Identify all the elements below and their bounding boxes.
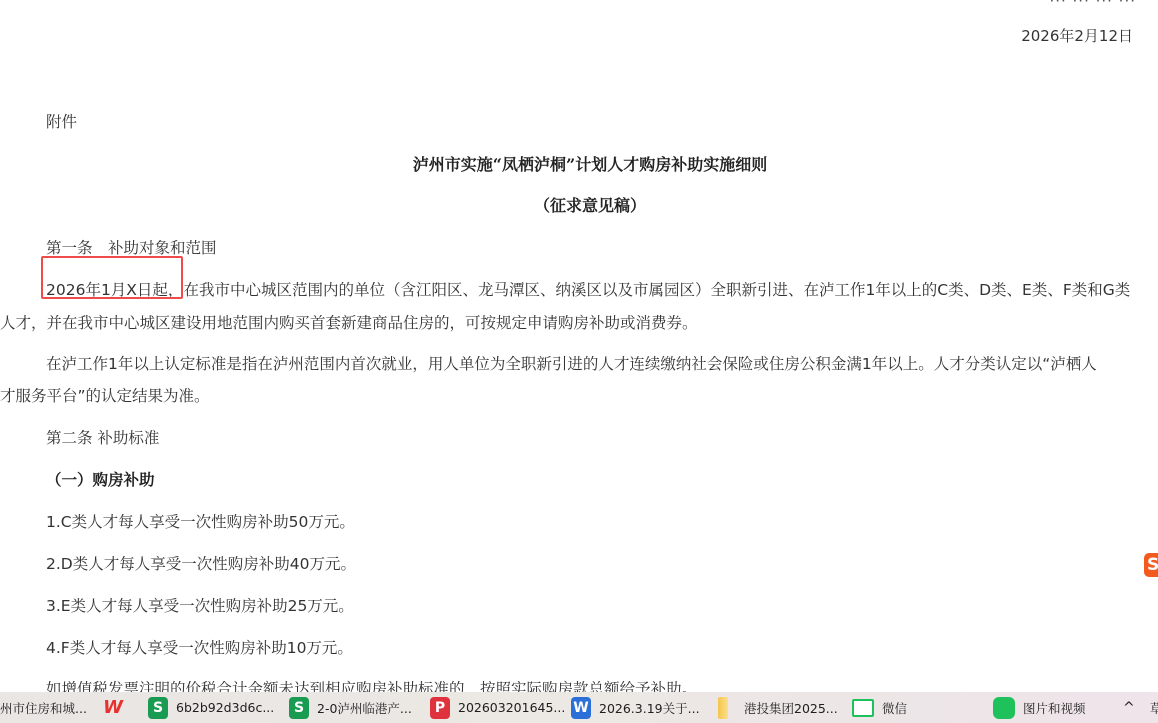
- wps-icon: W: [100, 697, 126, 719]
- document-title: 泸州市实施“凤栖泸桐”计划人才购房补助实施细则: [0, 152, 1158, 175]
- taskbar-item-folder[interactable]: 港投集团2025...: [718, 692, 838, 723]
- folder-icon: [718, 697, 728, 719]
- cut-off-paragraph: 如增值税发票注明的价税合计金额未达到相应购房补助标准的，按照实际购房款总额给予补…: [46, 677, 697, 692]
- cut-off-header-text: ··· ··· ··· ···: [1049, 0, 1136, 10]
- spreadsheet-icon: S: [148, 697, 168, 719]
- paragraph-text: 在我市中心城区范围内的单位（含江阳区、龙马潭区、纳溪区以及市属园区）全职新引进、…: [183, 281, 1130, 299]
- article1-paragraph1-line1: 2026年1月X日起，在我市中心城区范围内的单位（含江阳区、龙马潭区、纳溪区以及…: [46, 278, 1130, 300]
- list-item: 3.E类人才每人享受一次性购房补助25万元。: [46, 594, 354, 616]
- article1-paragraph2-line2: 才服务平台”的认定结果为准。: [0, 384, 210, 406]
- wechat-icon: [993, 697, 1015, 719]
- document-date: 2026年2月12日: [1021, 25, 1133, 46]
- spreadsheet-icon: S: [289, 697, 309, 719]
- pdf-icon: P: [430, 697, 450, 719]
- taskbar-item-spreadsheet-1[interactable]: S 6b2b92d3d6c...: [148, 692, 274, 723]
- red-annotation-box: [41, 256, 183, 299]
- taskbar-item-pdf[interactable]: P 202603201645...: [430, 692, 565, 723]
- word-icon: W: [571, 697, 591, 719]
- article1-heading: 第一条 补助对象和范围: [46, 236, 217, 258]
- section1-heading: （一）购房补助: [46, 468, 155, 490]
- taskbar-item-word-doc[interactable]: W 2026.3.19关于...: [571, 692, 700, 723]
- chat-window-icon: [852, 699, 874, 717]
- article2-heading: 第二条 补助标准: [46, 426, 159, 448]
- list-item: 1.C类人才每人享受一次性购房补助50万元。: [46, 510, 355, 532]
- document-subtitle: （征求意见稿）: [0, 193, 1158, 216]
- sogou-input-icon[interactable]: S: [1144, 553, 1158, 577]
- list-item: 4.F类人才每人享受一次性购房补助10万元。: [46, 636, 353, 658]
- taskbar-item-wechat-window[interactable]: 微信: [852, 692, 907, 723]
- article1-paragraph1-line2: 人才，并在我市中心城区建设用地范围内购买首套新建商品住房的，可按规定申请购房补助…: [0, 311, 698, 333]
- taskbar-item-wps[interactable]: W: [100, 692, 134, 723]
- list-item: 2.D类人才每人享受一次性购房补助40万元。: [46, 552, 356, 574]
- document-page: ··· ··· ··· ··· 2026年2月12日 附件 泸州市实施“凤栖泸桐…: [0, 0, 1158, 692]
- article1-paragraph2-line1: 在泸工作1年以上认定标准是指在泸州范围内首次就业，用人单位为全职新引进的人才连续…: [46, 352, 1097, 374]
- taskbar-item-spreadsheet-2[interactable]: S 2-0泸州临港产...: [289, 692, 412, 723]
- taskbar-item-photos[interactable]: 图片和视频: [993, 692, 1086, 723]
- tray-chevron-icon[interactable]: ^: [1123, 692, 1135, 723]
- taskbar-item-housing-bureau[interactable]: 州市住房和城...: [0, 692, 87, 723]
- attachment-label: 附件: [46, 110, 77, 132]
- taskbar: 州市住房和城... W S 6b2b92d3d6c... S 2-0泸州临港产.…: [0, 692, 1158, 723]
- tray-cut-item[interactable]: 草: [1150, 692, 1158, 723]
